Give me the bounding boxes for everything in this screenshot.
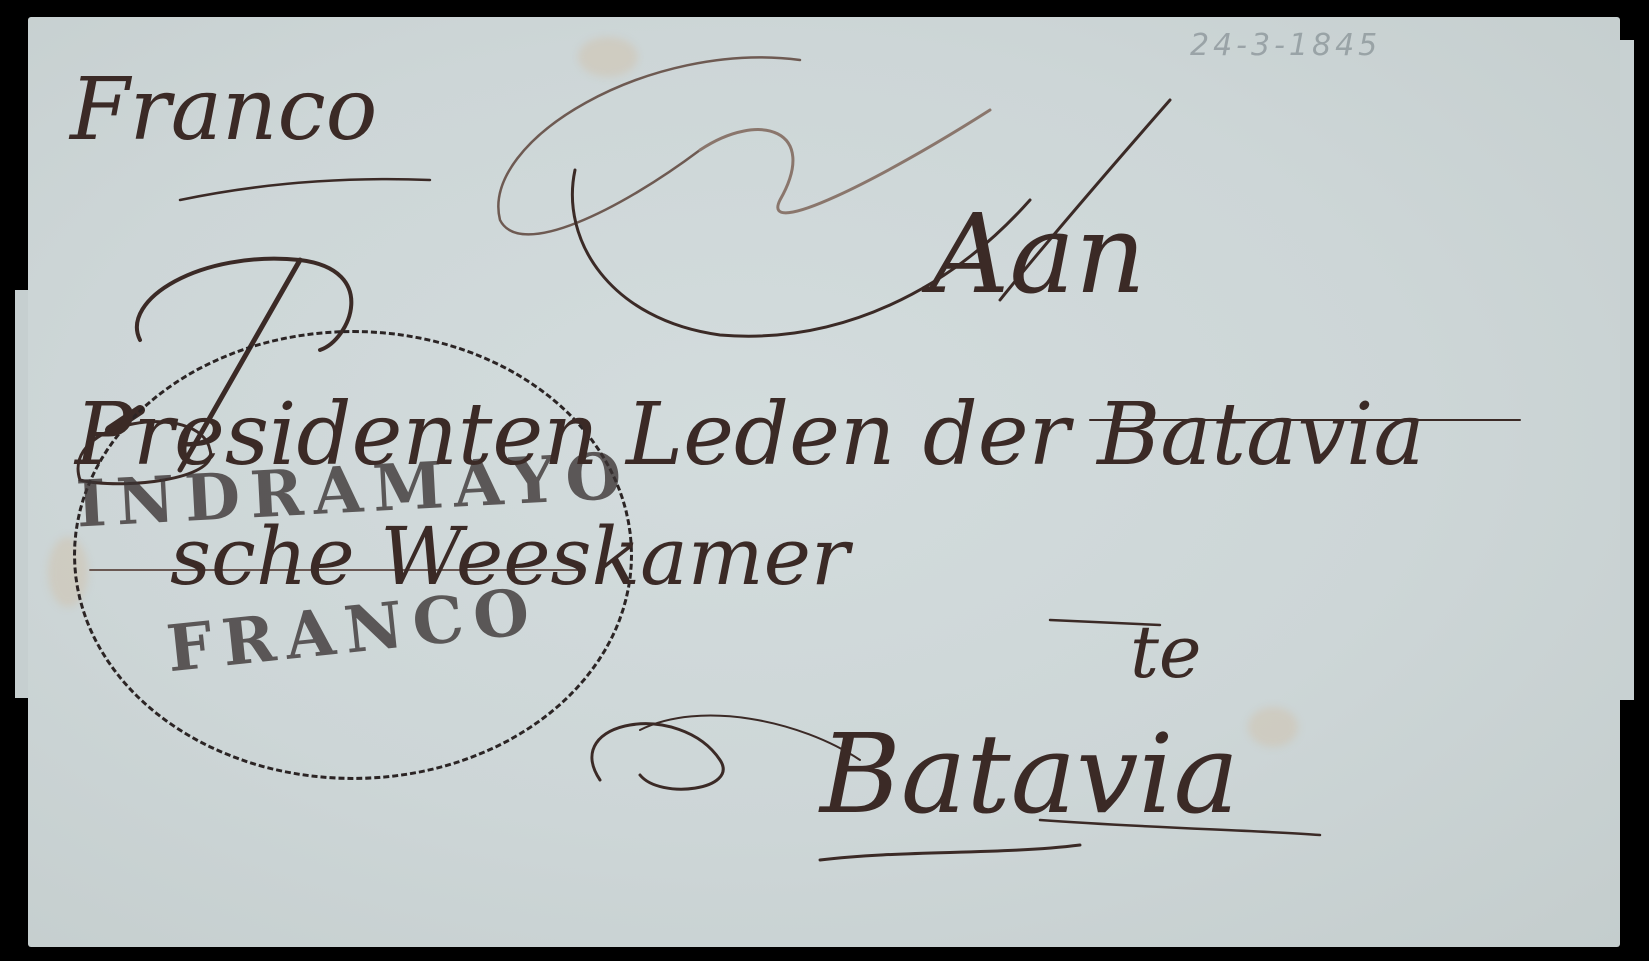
destination-city: Batavia [820,710,1239,838]
addressee-line-1: Presidenten Leden der Batavia [75,385,1425,485]
franco-inscription: Franco [70,60,377,160]
addressee-line-2: sche Weeskamer [170,510,849,603]
aan-salutation: Aan [930,190,1146,318]
te-preposition: te [1130,610,1202,694]
